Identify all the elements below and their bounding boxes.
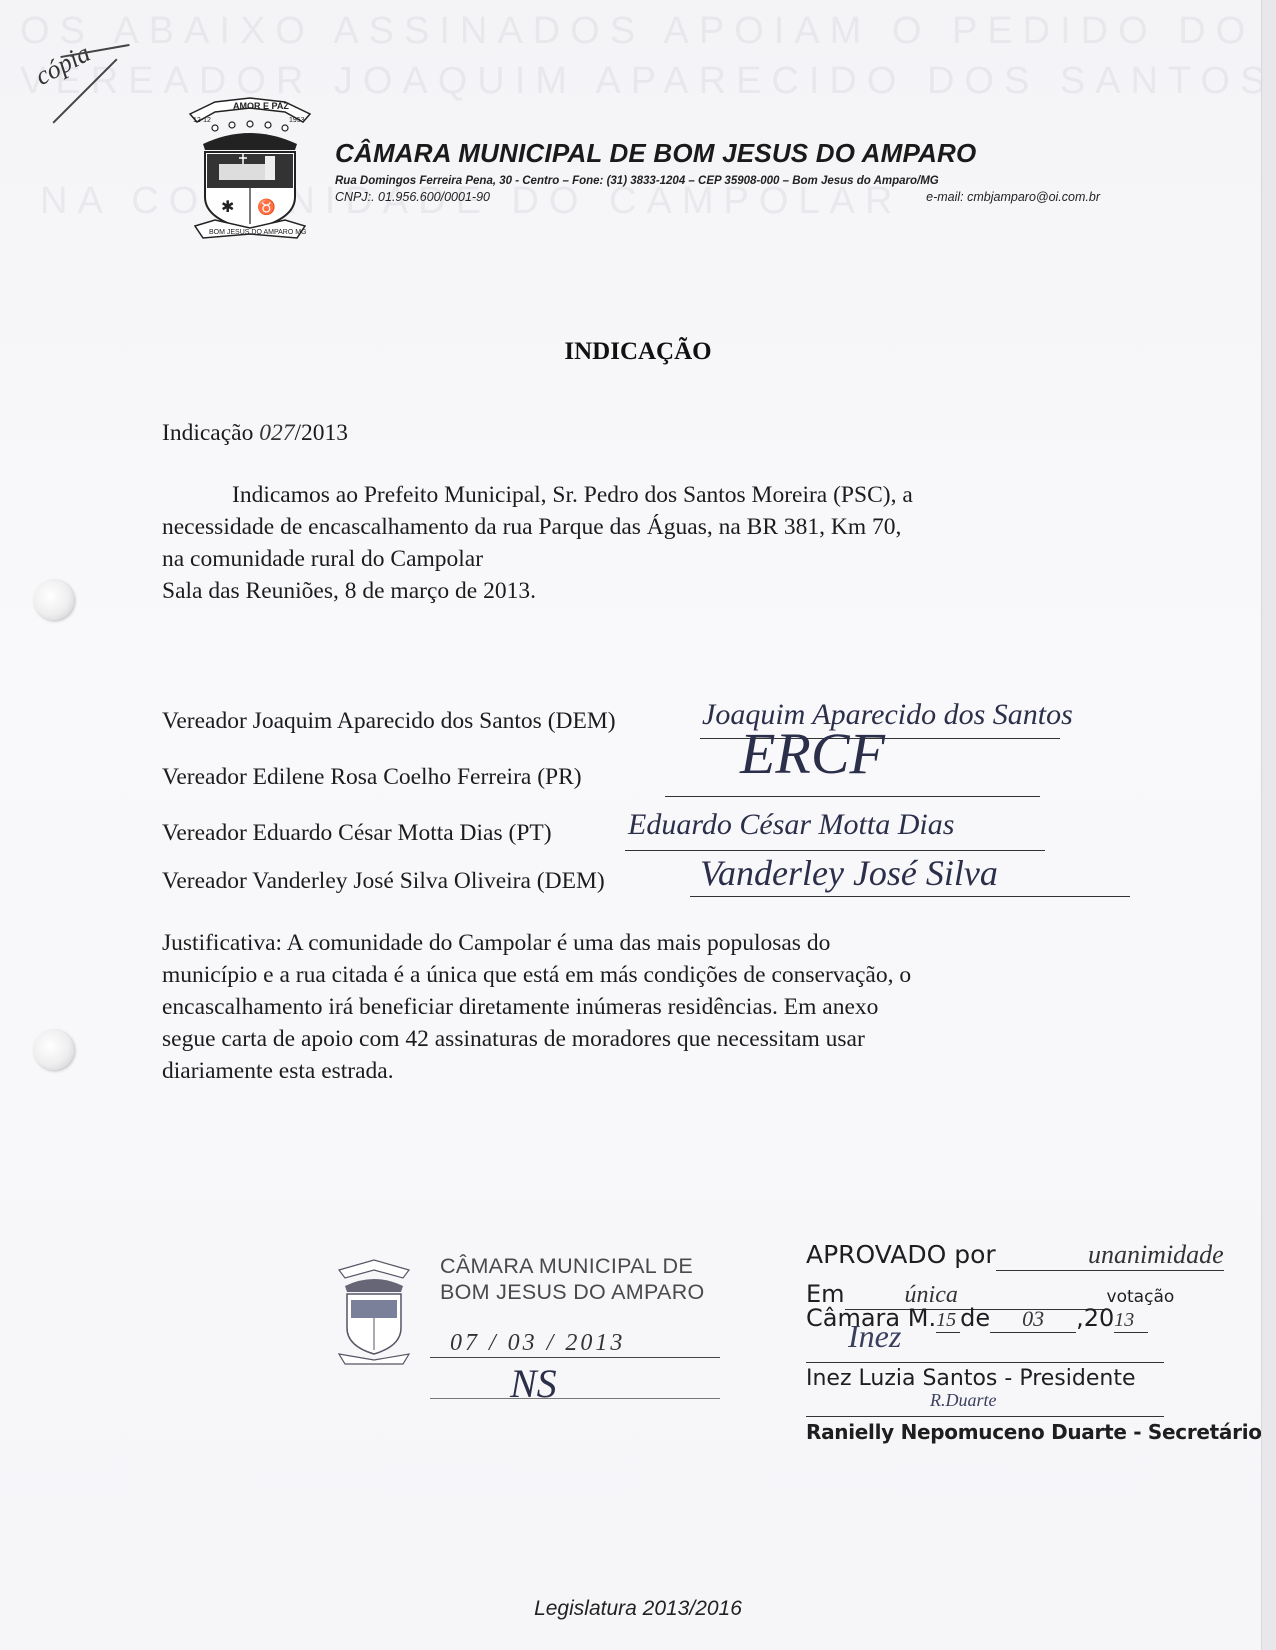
document-page: OS ABAIXO ASSINADOS APOIAM O PEDIDO DO V… [0,0,1262,1650]
signatory-label: Vereador Edilene Rosa Coelho Ferreira (P… [162,762,582,793]
signature: ERCF [740,720,885,787]
body-line: necessidade de encascalhamento da rua Pa… [162,512,901,543]
stamp-institution-line1: CÂMARA MUNICIPAL DE [440,1254,693,1279]
stamp-signature-line [430,1398,720,1399]
bleed-through-text: OS ABAIXO ASSINADOS APOIAM O PEDIDO DO [20,10,1255,53]
svg-text:1953: 1953 [289,117,305,124]
de-label: de [960,1304,990,1332]
signature-line [690,896,1130,897]
justification-line: município e a rua citada é a única que e… [162,960,911,991]
secretary-signature-line [806,1416,1164,1417]
signature: Eduardo César Motta Dias [628,808,954,842]
signatory-label: Vereador Vanderley José Silva Oliveira (… [162,866,605,897]
secretary-signature: R.Duarte [930,1390,997,1411]
secretary-name: Ranielly Nepomuceno Duarte - Secretário [806,1420,1262,1444]
number-handwritten: 027 [259,420,294,446]
justification-line: diariamente esta estrada. [162,1056,394,1087]
approved-value: unanimidade [996,1240,1224,1271]
svg-text:AMOR E PAZ: AMOR E PAZ [233,101,289,111]
approved-by-row: APROVADO porunanimidade [806,1240,1224,1271]
approved-label: APROVADO por [806,1240,996,1269]
number-suffix: /2013 [294,420,348,446]
stamp-crest-icon [337,1256,411,1366]
approval-month: 03 [990,1306,1076,1333]
body-line: na comunidade rural do Campolar [162,544,483,575]
signatory-label: Vereador Joaquim Aparecido dos Santos (D… [162,706,616,737]
signature-line [625,850,1045,851]
document-number: Indicação 027/2013 [162,418,348,449]
svg-text:♉: ♉ [257,198,276,216]
stamp-signature: NS [510,1360,557,1407]
institution-title: CÂMARA MUNICIPAL DE BOM JESUS DO AMPARO [335,138,976,169]
body-line: Indicamos ao Prefeito Municipal, Sr. Ped… [232,480,913,511]
president-signature: Inez [848,1318,901,1355]
svg-text:✱: ✱ [221,199,234,216]
year-prefix: ,20 [1076,1304,1114,1332]
document-title: INDICAÇÃO [0,338,1276,366]
institution-address: Rua Domingos Ferreira Pena, 30 - Centro … [335,175,939,187]
punch-hole [34,1030,74,1070]
legislature-footer: Legislatura 2013/2016 [0,1597,1276,1621]
body-line: Sala das Reuniões, 8 de março de 2013. [162,576,536,607]
svg-text:12-12: 12-12 [193,117,211,124]
number-prefix: Indicação [162,420,259,446]
president-signature-line [806,1362,1164,1363]
page-edge [1261,0,1276,1650]
signature: Vanderley José Silva [700,852,998,894]
justification-line: Justificativa: A comunidade do Campolar … [162,928,830,959]
approval-day: 15 [936,1309,960,1333]
approval-year: 13 [1114,1309,1148,1333]
institution-email: e-mail: cmbjamparo@oi.com.br [926,190,1100,204]
punch-hole [34,580,74,620]
svg-text:BOM JESUS DO AMPARO MG: BOM JESUS DO AMPARO MG [209,229,307,236]
signatory-label: Vereador Eduardo César Motta Dias (PT) [162,818,552,849]
institution-cnpj: CNPJ:. 01.956.600/0001-90 [335,190,490,204]
signature-line [665,796,1040,797]
stamp-received-date: 07 / 03 / 2013 [430,1330,720,1358]
municipal-crest-icon: AMOR E PAZ 12-12 1953 ✱ ♉ BOM JESUS DO A… [185,92,315,242]
justification-line: segue carta de apoio com 42 assinaturas … [162,1024,865,1055]
justification-line: encascalhamento irá beneficiar diretamen… [162,992,878,1023]
stamp-institution-line2: BOM JESUS DO AMPARO [440,1280,705,1305]
president-name: Inez Luzia Santos - Presidente [806,1366,1135,1391]
